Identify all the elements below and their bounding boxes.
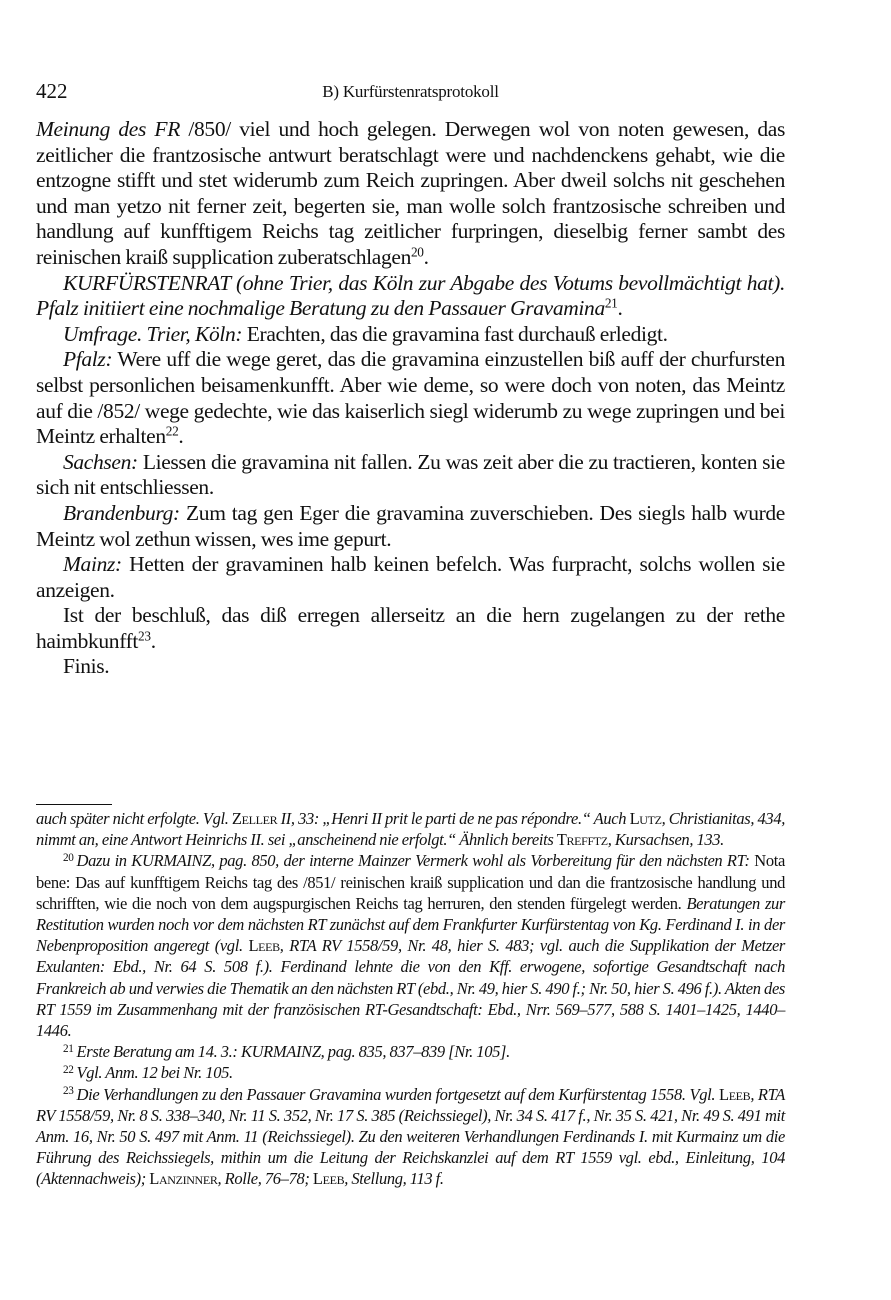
footnote-ref-21[interactable]: 21 xyxy=(605,296,618,311)
page-header: 422 B) Kurfürstenratsprotokoll xyxy=(36,78,785,104)
paragraph-text: Liessen die gravamina nit fallen. Zu was… xyxy=(36,450,785,500)
paragraph-text: Were uff die wege geret, das die gravami… xyxy=(36,347,785,448)
italic-text: Meinung des FR xyxy=(36,117,180,141)
footnote-text: Vgl. Anm. 12 bei Nr. 105. xyxy=(77,1063,233,1082)
footnote-23: 23Die Verhandlungen zu den Passauer Grav… xyxy=(36,1084,785,1190)
speaker-label: Brandenburg: xyxy=(63,501,180,525)
author-name: Leeb xyxy=(313,1169,344,1188)
footnote-text: , Stellung, 113 f. xyxy=(344,1169,443,1188)
footnote-continuation: auch später nicht erfolgte. Vgl. Zeller … xyxy=(36,808,785,850)
main-text: Meinung des FR /850/ viel und hoch geleg… xyxy=(36,117,785,680)
paragraph-finis: Finis. xyxy=(36,654,785,680)
paragraph-mainz: Mainz: Hetten der gravaminen halb keinen… xyxy=(36,552,785,603)
punctuation: . xyxy=(424,245,429,269)
speaker-label: Mainz: xyxy=(63,552,122,576)
punctuation: . xyxy=(178,424,183,448)
speaker-label: Pfalz: xyxy=(63,347,112,371)
footnote-number: 20 xyxy=(63,852,74,864)
speaker-label: Sachsen: xyxy=(63,450,138,474)
paragraph-text: Finis. xyxy=(63,654,109,678)
footnote-ref-20[interactable]: 20 xyxy=(411,245,424,260)
footnote-number: 21 xyxy=(63,1043,74,1055)
session-heading: KURFÜRSTENRAT (ohne Trier, das Köln zur … xyxy=(36,271,785,321)
paragraph-sachsen: Sachsen: Liessen die gravamina nit falle… xyxy=(36,450,785,501)
footnote-text: II, 33: „Henri II prit le parti de ne pa… xyxy=(277,809,629,828)
paragraph-brandenburg: Brandenburg: Zum tag gen Eger die gravam… xyxy=(36,501,785,552)
punctuation: . xyxy=(151,629,156,653)
footnote-text: Dazu in KURMAINZ, pag. 850, der interne … xyxy=(77,851,750,870)
author-name: Zeller xyxy=(232,809,277,828)
footnote-divider xyxy=(36,804,112,805)
footnote-text: , Rolle, 76–78; xyxy=(218,1169,313,1188)
paragraph-text: Hetten der gravaminen halb keinen befelc… xyxy=(36,552,785,602)
author-name: Lanzinner xyxy=(149,1169,217,1188)
footnote-ref-23[interactable]: 23 xyxy=(138,629,151,644)
author-name: Trefftz xyxy=(557,830,608,849)
paragraph-kurfuerstenrat: KURFÜRSTENRAT (ohne Trier, das Köln zur … xyxy=(36,271,785,322)
footnote-21: 21Erste Beratung am 14. 3.: KURMAINZ, pa… xyxy=(36,1041,785,1062)
punctuation: . xyxy=(618,296,623,320)
footnote-text: auch später nicht erfolgte. Vgl. xyxy=(36,809,232,828)
footnote-20: 20Dazu in KURMAINZ, pag. 850, der intern… xyxy=(36,850,785,1041)
paragraph-beschluss: Ist der beschluß, das diß erregen allers… xyxy=(36,603,785,654)
paragraph-umfrage: Umfrage. Trier, Köln: Erachten, das die … xyxy=(36,322,785,348)
paragraph-pfalz: Pfalz: Were uff die wege geret, das die … xyxy=(36,347,785,449)
paragraph-text: Erachten, das die gravamina fast durchau… xyxy=(242,322,667,346)
running-head: B) Kurfürstenratsprotokoll xyxy=(36,79,785,105)
speaker-label: Umfrage. Trier, Köln: xyxy=(63,322,242,346)
author-name: Leeb xyxy=(248,936,279,955)
footnote-text: Erste Beratung am 14. 3.: KURMAINZ, pag.… xyxy=(77,1042,510,1061)
footnote-number: 22 xyxy=(63,1064,74,1076)
paragraph-fr-opinion: Meinung des FR /850/ viel und hoch geleg… xyxy=(36,117,785,271)
footnote-ref-22[interactable]: 22 xyxy=(166,424,179,439)
footnote-text: Die Verhandlungen zu den Passauer Gravam… xyxy=(77,1085,719,1104)
footnote-number: 23 xyxy=(63,1085,74,1097)
author-name: Leeb xyxy=(719,1085,750,1104)
footnote-22: 22Vgl. Anm. 12 bei Nr. 105. xyxy=(36,1062,785,1083)
footnotes: auch später nicht erfolgte. Vgl. Zeller … xyxy=(36,808,785,1190)
author-name: Lutz xyxy=(630,809,662,828)
footnote-text: , Kursachsen, 133. xyxy=(608,830,724,849)
